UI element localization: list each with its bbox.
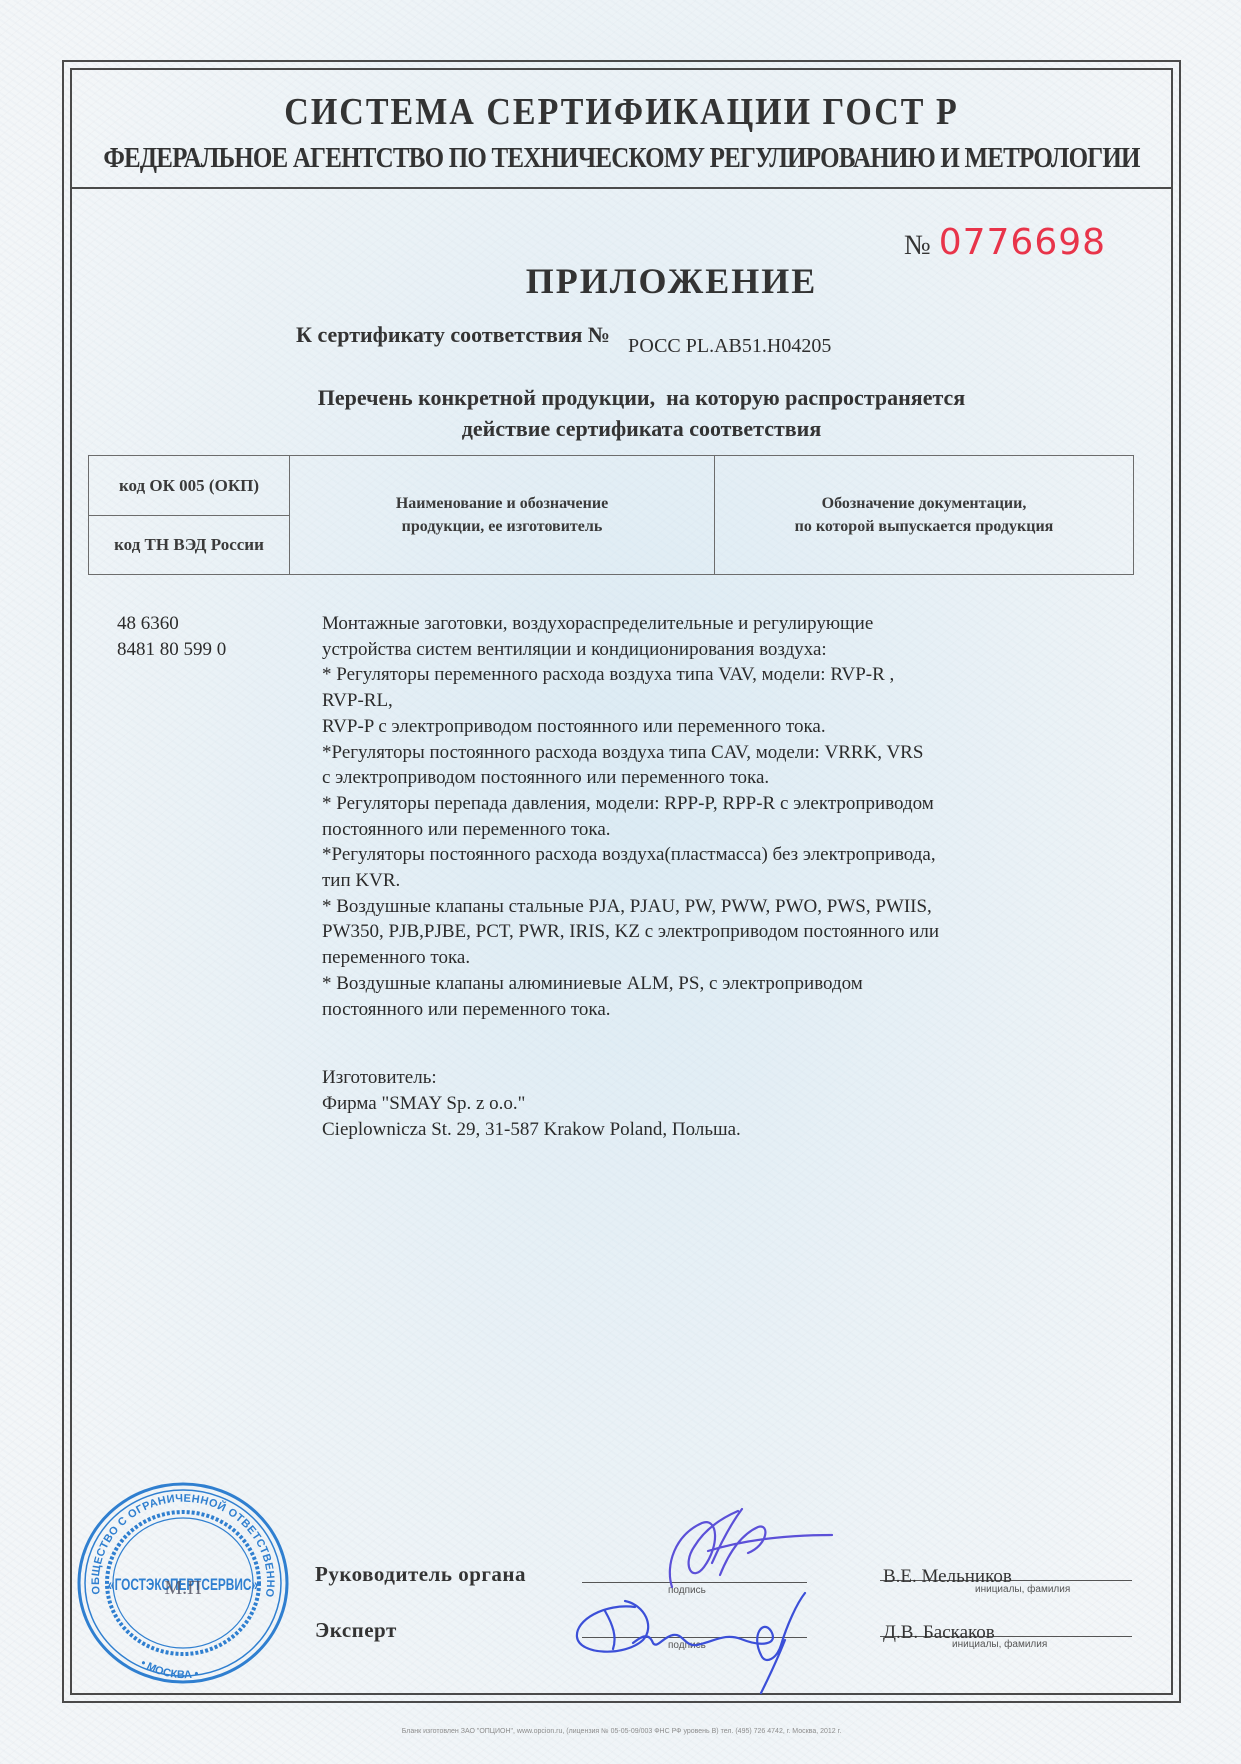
description-line: * Регуляторы переменного расхода воздуха… <box>322 662 1092 688</box>
description-line: PW350, PJB,PJBE, PCT, PWR, IRIS, KZ с эл… <box>322 919 1092 945</box>
code-okp: 48 6360 <box>117 611 226 637</box>
code-tnved: 8481 80 599 0 <box>117 637 226 663</box>
list-title-line-2: действие сертификата соответствия <box>110 413 1173 444</box>
stamp-city: • МОСКВА • <box>138 1657 199 1681</box>
certificate-reference: К сертификату соответствия № РОСС PL.AB5… <box>296 322 831 348</box>
manufacturer-address: Cieplownicza St. 29, 31-587 Krakow Polan… <box>322 1117 741 1143</box>
product-codes: 48 6360 8481 80 599 0 <box>117 611 226 663</box>
description-line: *Регуляторы постоянного расхода воздуха(… <box>322 842 1092 868</box>
manufacturer-block: Изготовитель: Фирма "SMAY Sp. z o.o." Ci… <box>322 1065 741 1143</box>
header-code-okp: код ОК 005 (ОКП) <box>89 456 290 516</box>
head-signature <box>620 1505 850 1595</box>
description-line: Монтажные заготовки, воздухораспределите… <box>322 611 1092 637</box>
description-line: *Регуляторы постоянного расхода воздуха … <box>322 740 1092 766</box>
expert-signature <box>565 1585 825 1695</box>
form-number: № 0776698 <box>904 222 1106 263</box>
header-documentation: Обозначение документации, по которой вып… <box>715 456 1134 575</box>
description-line: постоянного или переменного тока. <box>322 997 1092 1023</box>
header-product-line-2: продукции, ее изготовитель <box>291 515 713 538</box>
product-table-header: код ОК 005 (ОКП) Наименование и обозначе… <box>88 455 1134 575</box>
head-name: В.Е. Мельников <box>883 1566 1012 1588</box>
header-product: Наименование и обозначение продукции, ее… <box>290 456 715 575</box>
description-line: * Воздушные клапаны стальные PJA, PJAU, … <box>322 894 1092 920</box>
system-title: СИСТЕМА СЕРТИФИКАЦИИ ГОСТ Р <box>70 92 1173 135</box>
product-description: Монтажные заготовки, воздухораспределите… <box>322 611 1092 1022</box>
stamp-mp-mark: М.П <box>164 1577 201 1599</box>
number-sign: № <box>904 230 931 261</box>
description-line: * Регуляторы перепада давления, модели: … <box>322 791 1092 817</box>
svg-text:• МОСКВА •: • МОСКВА • <box>138 1657 199 1681</box>
expert-name: Д.В. Баскаков <box>883 1622 995 1644</box>
agency-name: ФЕДЕРАЛЬНОЕ АГЕНТСТВО ПО ТЕХНИЧЕСКОМУ РЕ… <box>70 143 1173 175</box>
description-line: переменного тока. <box>322 945 1092 971</box>
header-docs-line-2: по которой выпускается продукция <box>716 515 1132 538</box>
form-print-note: Бланк изготовлен ЗАО "ОПЦИОН", www.opcio… <box>70 1728 1173 1735</box>
annex-title: ПРИЛОЖЕНИЕ <box>70 260 1173 302</box>
seal-stamp: ОБЩЕСТВО С ОГРАНИЧЕННОЙ ОТВЕТСТВЕННОСТЬЮ… <box>70 1476 296 1690</box>
description-line: RVP-P с электроприводом постоянного или … <box>322 714 1092 740</box>
certificate-number: РОСС PL.AB51.H04205 <box>628 335 831 357</box>
expert-label: Эксперт <box>315 1618 397 1643</box>
header-product-line-1: Наименование и обозначение <box>291 492 713 515</box>
manufacturer-label: Изготовитель: <box>322 1065 741 1091</box>
description-line: устройства систем вентиляции и кондицион… <box>322 637 1092 663</box>
manufacturer-name: Фирма "SMAY Sp. z o.o." <box>322 1091 741 1117</box>
description-line: RVP-RL, <box>322 688 1092 714</box>
list-title-line-1: Перечень конкретной продукции, на котору… <box>110 382 1173 413</box>
form-number-value: 0776698 <box>939 222 1106 263</box>
description-line: тип KVR. <box>322 868 1092 894</box>
head-label: Руководитель органа <box>315 1562 526 1587</box>
header-code-tnved: код ТН ВЭД России <box>89 515 290 575</box>
header-divider <box>70 187 1173 189</box>
list-title: Перечень конкретной продукции, на котору… <box>70 382 1173 444</box>
header-docs-line-1: Обозначение документации, <box>716 492 1132 515</box>
description-line: * Воздушные клапаны алюминиевые ALM, PS,… <box>322 971 1092 997</box>
certificate-label: К сертификату соответствия № <box>296 322 610 347</box>
description-line: постоянного или переменного тока. <box>322 817 1092 843</box>
description-line: с электроприводом постоянного или переме… <box>322 765 1092 791</box>
